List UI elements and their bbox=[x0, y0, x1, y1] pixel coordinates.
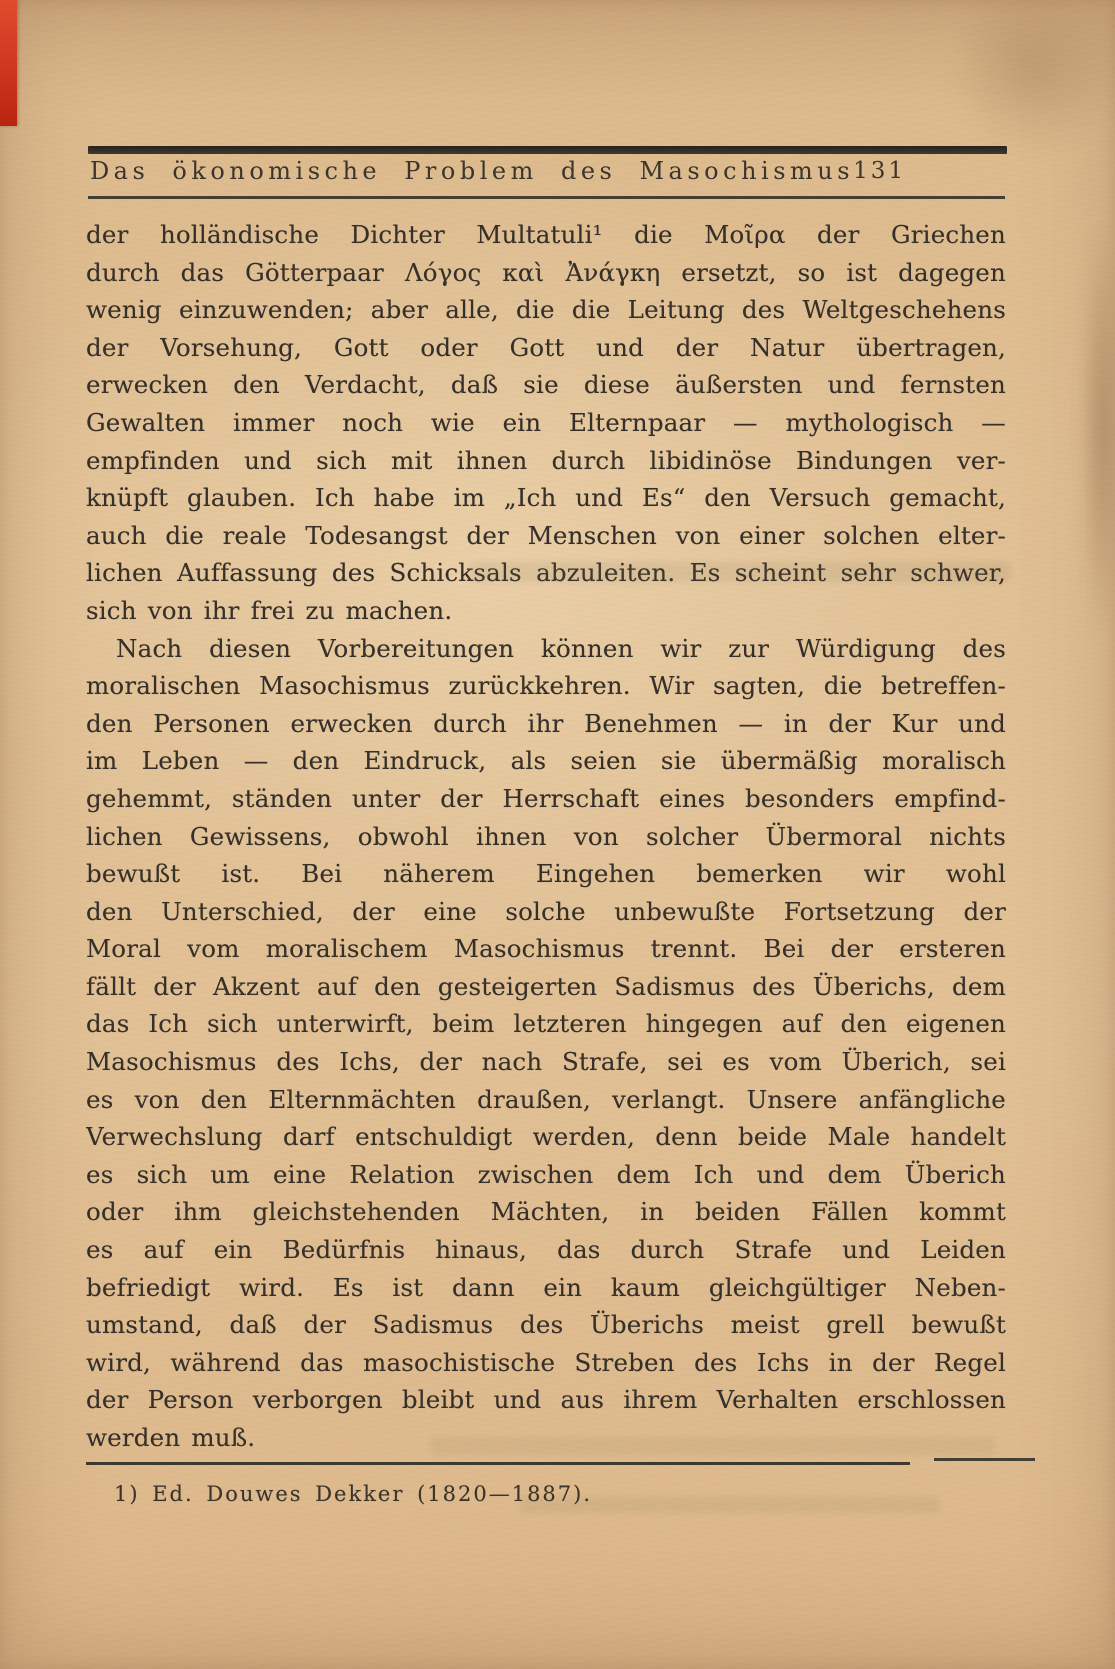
footnote-rule bbox=[86, 1462, 910, 1465]
text-line: bewußt ist. Bei näherem Eingehen bemerke… bbox=[86, 855, 1006, 893]
text-line: durch das Götterpaar Λόγος καὶ Ἀνάγκη er… bbox=[86, 254, 1006, 292]
text-line: den Unterschied, der eine solche unbewuß… bbox=[86, 893, 1006, 931]
text-line: der Person verborgen bleibt und aus ihre… bbox=[86, 1381, 1006, 1419]
text-line: moralischen Masochismus zurückkehren. Wi… bbox=[86, 667, 1006, 705]
page-title: Das ökonomische Problem des Masochismus bbox=[88, 157, 856, 185]
text-line: Masochismus des Ichs, der nach Strafe, s… bbox=[86, 1043, 1006, 1081]
text-line: knüpft glauben. Ich habe im „Ich und Es“… bbox=[86, 479, 1006, 517]
text-line: Gewalten immer noch wie ein Elternpaar —… bbox=[86, 404, 1006, 442]
footnote-rule-short bbox=[934, 1458, 1035, 1461]
text-line: Moral vom moralischem Masochismus trennt… bbox=[86, 930, 1006, 968]
text-line: Nach diesen Vorbereitungen können wir zu… bbox=[86, 630, 1006, 668]
text-line: der Vorsehung, Gott oder Gott und der Na… bbox=[86, 329, 1006, 367]
text-line: fällt der Akzent auf den gesteigerten Sa… bbox=[86, 968, 1006, 1006]
text-line: auch die reale Todesangst der Menschen v… bbox=[86, 517, 1006, 555]
text-line: es auf ein Bedürfnis hinaus, das durch S… bbox=[86, 1231, 1006, 1269]
header-rule-thick bbox=[88, 146, 1007, 154]
paper-shadow-right-edge bbox=[1075, 150, 1115, 710]
text-line: erwecken den Verdacht, daß sie diese äuß… bbox=[86, 366, 1006, 404]
text-line: werden muß. bbox=[86, 1419, 1006, 1457]
text-line: wird, während das masochistische Streben… bbox=[86, 1344, 1006, 1382]
header-rule-thin bbox=[88, 196, 1005, 199]
text-line: empfinden und sich mit ihnen durch libid… bbox=[86, 442, 1006, 480]
text-line: lichen Auffassung des Schicksals abzulei… bbox=[86, 554, 1006, 592]
footnote: 1) Ed. Douwes Dekker (1820—1887). bbox=[114, 1482, 994, 1506]
text-line: Verwechslung darf entschuldigt werden, d… bbox=[86, 1118, 1006, 1156]
text-line: der holländische Dichter Multatuli¹ die … bbox=[86, 216, 1006, 254]
text-line: wenig einzuwenden; aber alle, die die Le… bbox=[86, 291, 1006, 329]
text-line: sich von ihr frei zu machen. bbox=[86, 592, 1006, 630]
red-book-edge-mark bbox=[0, 0, 17, 126]
text-line: es sich um eine Relation zwischen dem Ic… bbox=[86, 1156, 1006, 1194]
text-line: es von den Elternmächten draußen, verlan… bbox=[86, 1081, 1006, 1119]
running-head: Das ökonomische Problem des Masochismus … bbox=[88, 157, 1006, 189]
text-line: befriedigt wird. Es ist dann ein kaum gl… bbox=[86, 1269, 1006, 1307]
book-page-scan: Das ökonomische Problem des Masochismus … bbox=[0, 0, 1115, 1669]
text-line: umstand, daß der Sadismus des Überichs m… bbox=[86, 1306, 1006, 1344]
text-line: oder ihm gleichstehenden Mächten, in bei… bbox=[86, 1193, 1006, 1231]
text-line: den Personen erwecken durch ihr Benehmen… bbox=[86, 705, 1006, 743]
text-line: lichen Gewissens, obwohl ihnen von solch… bbox=[86, 818, 1006, 856]
text-line: das Ich sich unterwirft, beim letzteren … bbox=[86, 1005, 1006, 1043]
text-line: im Leben — den Eindruck, als seien sie ü… bbox=[86, 742, 1006, 780]
page-number: 131 bbox=[853, 158, 906, 184]
text-line: gehemmt, ständen unter der Herrschaft ei… bbox=[86, 780, 1006, 818]
body-text: der holländische Dichter Multatuli¹ die … bbox=[86, 216, 1006, 1457]
